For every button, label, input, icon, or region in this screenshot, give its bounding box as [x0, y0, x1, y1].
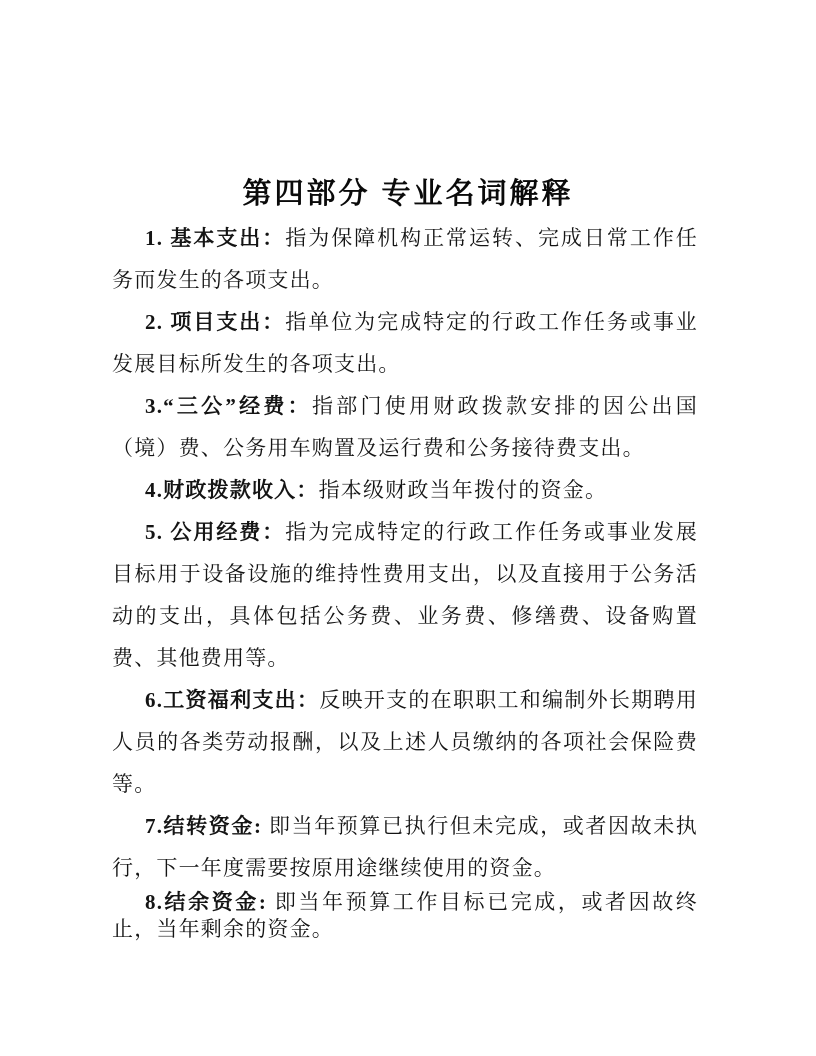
glossary-item-basic-expenditure: 1. 基本支出：指为保障机构正常运转、完成日常工作任务而发生的各项支出。 [112, 217, 698, 301]
term-label: 6.工资福利支出： [145, 688, 319, 712]
term-label: 1. 基本支出： [145, 226, 285, 250]
term-label: 3.“三公”经费： [145, 394, 312, 418]
term-label: 8.结余资金: [145, 890, 275, 914]
document-page: 第四部分 专业名词解释 1. 基本支出：指为保障机构正常运转、完成日常工作任务而… [0, 0, 816, 1056]
term-definition: 指本级财政当年拨付的资金。 [319, 478, 608, 502]
term-label: 4.财政拨款收入： [145, 478, 319, 502]
glossary-item-three-public-funds: 3.“三公”经费：指部门使用财政拨款安排的因公出国（境）费、公务用车购置及运行费… [112, 385, 698, 469]
glossary-item-surplus-funds: 8.结余资金: 即当年预算工作目标已完成，或者因故终止，当年剩余的资金。 [112, 889, 698, 943]
term-label: 2. 项目支出： [145, 310, 285, 334]
glossary-item-public-funds: 5. 公用经费：指为完成特定的行政工作任务或事业发展目标用于设备设施的维持性费用… [112, 511, 698, 679]
term-label: 7.结转资金: [145, 814, 269, 838]
glossary-item-salary-welfare-expenditure: 6.工资福利支出：反映开支的在职职工和编制外长期聘用人员的各类劳动报酬，以及上述… [112, 679, 698, 805]
glossary-item-project-expenditure: 2. 项目支出：指单位为完成特定的行政工作任务或事业发展目标所发生的各项支出。 [112, 301, 698, 385]
glossary-section: 1. 基本支出：指为保障机构正常运转、完成日常工作任务而发生的各项支出。 2. … [112, 217, 698, 943]
document-title: 第四部分 专业名词解释 [0, 176, 816, 212]
glossary-item-carryover-funds: 7.结转资金: 即当年预算已执行但未完成，或者因故未执行，下一年度需要按原用途继… [112, 805, 698, 889]
glossary-item-fiscal-appropriation-income: 4.财政拨款收入：指本级财政当年拨付的资金。 [112, 469, 698, 511]
term-label: 5. 公用经费： [145, 520, 285, 544]
